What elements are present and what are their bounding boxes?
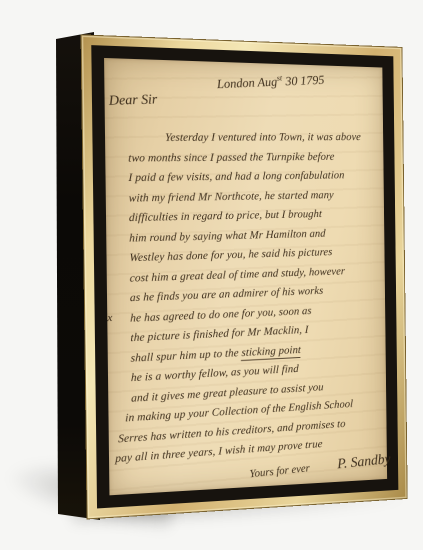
closing: Yours for ever (249, 462, 310, 480)
frame-front-face: London Augst 30 1795 Dear Sir x Yesterda… (82, 35, 407, 518)
place-date-line: London Augst 30 1795 (216, 72, 325, 92)
underlined-phrase: sticking point (241, 344, 301, 361)
body-line: two months since I passed the Turnpike b… (128, 147, 382, 168)
letter-paper: London Augst 30 1795 Dear Sir x Yesterda… (104, 58, 387, 495)
body-line: Yesterday I ventured into Town, it was a… (128, 128, 382, 148)
salutation: Dear Sir (108, 91, 158, 109)
margin-mark: x (107, 312, 112, 324)
letter-body: Yesterday I ventured into Town, it was a… (128, 129, 385, 469)
framed-letter-photo: London Augst 30 1795 Dear Sir x Yesterda… (0, 0, 423, 550)
